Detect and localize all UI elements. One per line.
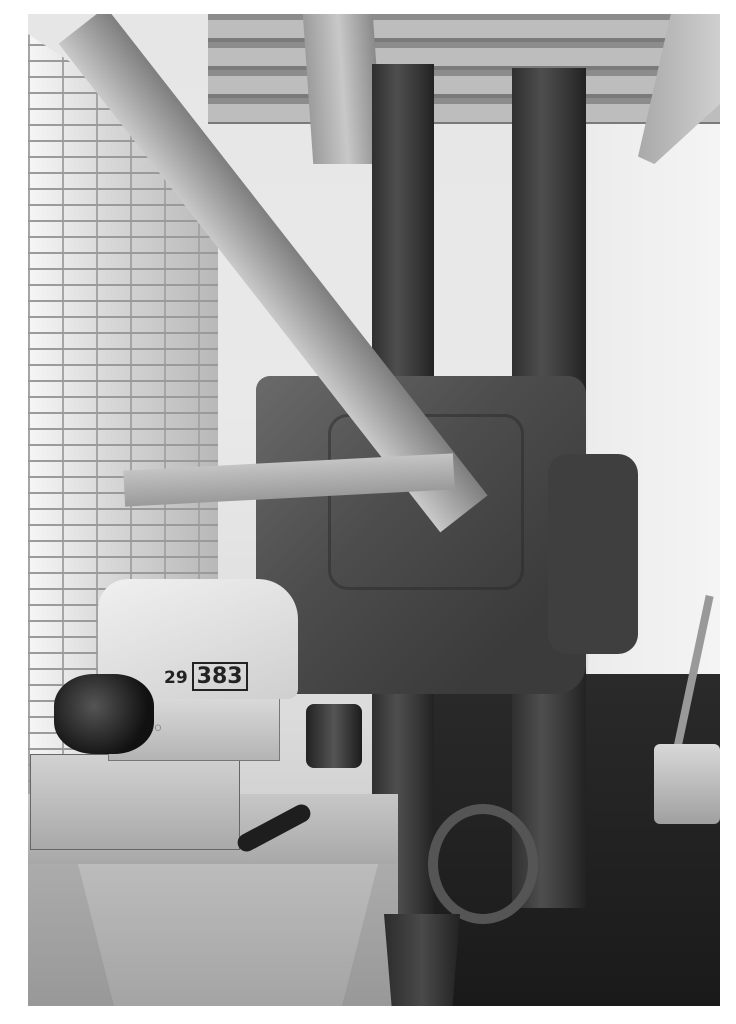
jerrycan <box>654 744 720 824</box>
tin-can <box>306 704 362 768</box>
sack-label-number: 383 <box>192 662 248 691</box>
ceiling-joists <box>208 14 720 124</box>
wooden-crate <box>30 754 240 850</box>
sack-label-prefix: 29 <box>164 668 188 688</box>
hanging-bag <box>548 454 638 654</box>
black-plastic-bag <box>54 674 154 754</box>
bucket <box>384 914 460 1006</box>
photograph: BARREIRO 29383 <box>28 14 720 1006</box>
wheel <box>428 804 538 924</box>
sack-label: 29383 <box>164 664 248 689</box>
workbench-base <box>78 864 378 1006</box>
